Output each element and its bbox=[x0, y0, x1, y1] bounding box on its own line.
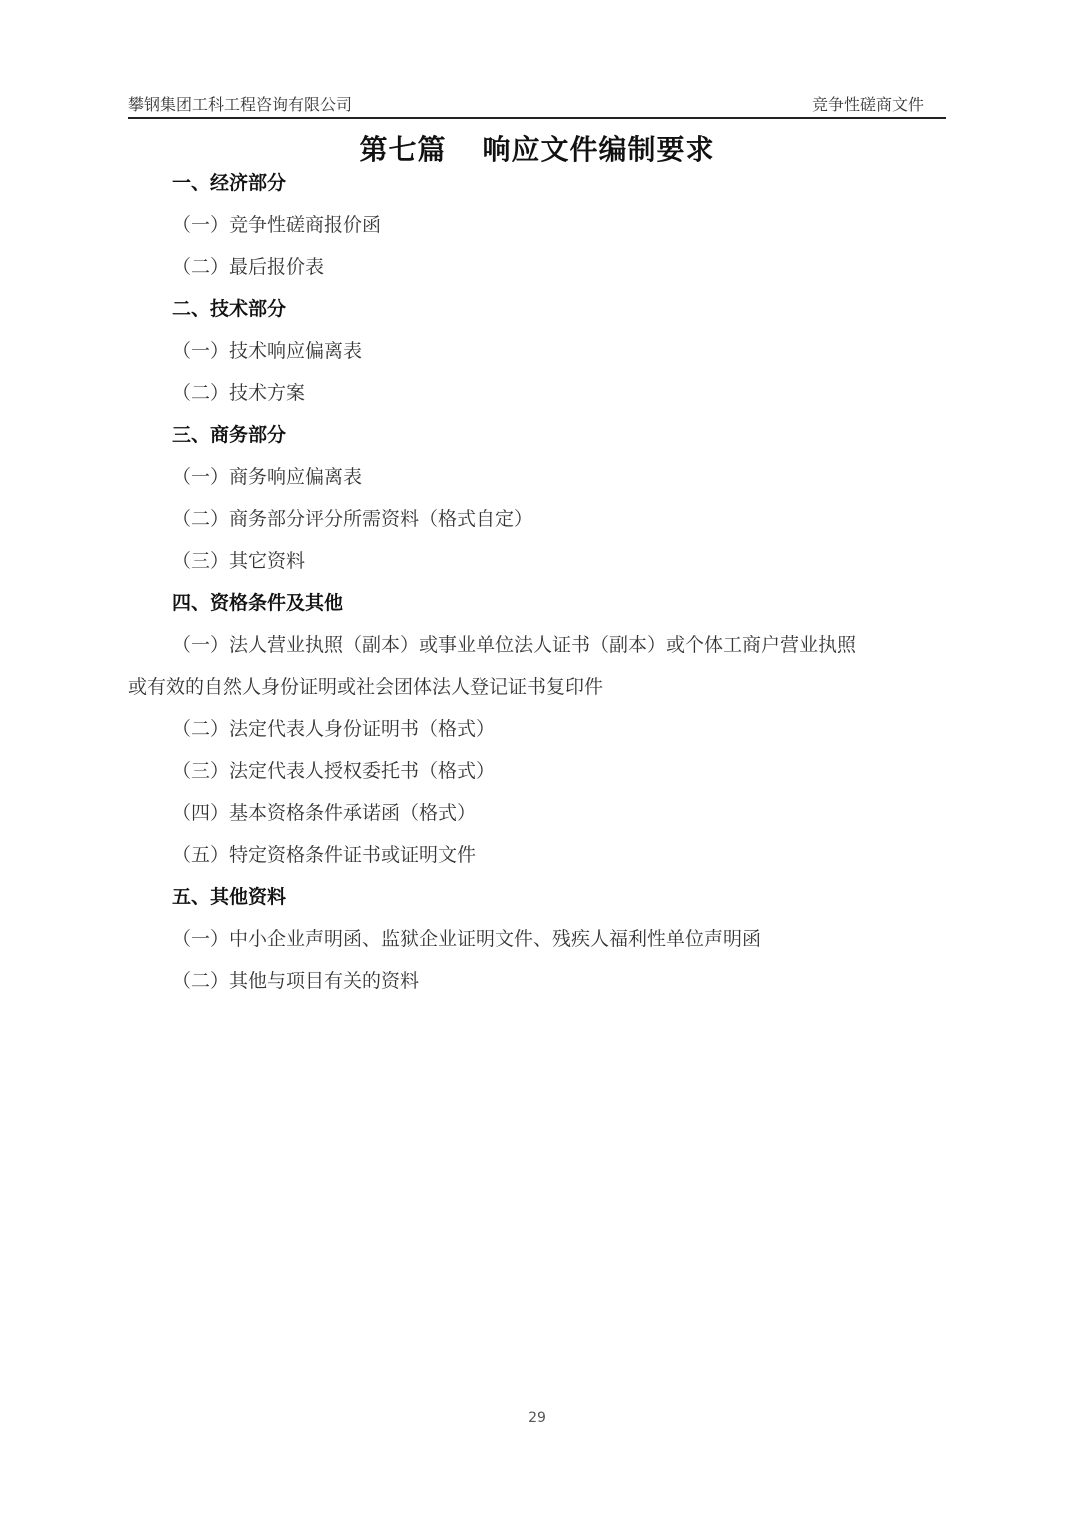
list-item: （五）特定资格条件证书或证明文件 bbox=[172, 840, 476, 867]
list-item: （二）商务部分评分所需资料（格式自定） bbox=[172, 504, 533, 531]
section-heading: 四、资格条件及其他 bbox=[172, 588, 343, 615]
section-heading: 二、技术部分 bbox=[172, 294, 286, 321]
section-heading: 三、商务部分 bbox=[172, 420, 286, 447]
header-doc-type: 竞争性磋商文件 bbox=[812, 92, 924, 115]
list-item: （四）基本资格条件承诺函（格式） bbox=[172, 798, 476, 825]
list-item: （一）技术响应偏离表 bbox=[172, 336, 362, 363]
list-item: （二）法定代表人身份证明书（格式） bbox=[172, 714, 495, 741]
list-item: （二）其他与项目有关的资料 bbox=[172, 966, 419, 993]
list-item-continuation: 或有效的自然人身份证明或社会团体法人登记证书复印件 bbox=[128, 672, 603, 699]
list-item: （一）法人营业执照（副本）或事业单位法人证书（副本）或个体工商户营业执照 bbox=[172, 630, 856, 657]
section-heading: 一、经济部分 bbox=[172, 168, 286, 195]
title-name: 响应文件编制要求 bbox=[483, 133, 715, 166]
list-item: （一）中小企业声明函、监狱企业证明文件、残疾人福利性单位声明函 bbox=[172, 924, 761, 951]
page-header: 攀钢集团工科工程咨询有限公司 竞争性磋商文件 bbox=[128, 90, 946, 119]
title-part: 第七篇 bbox=[359, 133, 446, 166]
list-item: （一）竞争性磋商报价函 bbox=[172, 210, 381, 237]
list-item: （三）其它资料 bbox=[172, 546, 305, 573]
list-item: （二）技术方案 bbox=[172, 378, 305, 405]
page-number: 29 bbox=[0, 1410, 1074, 1426]
list-item: （二）最后报价表 bbox=[172, 252, 324, 279]
section-heading: 五、其他资料 bbox=[172, 882, 286, 909]
header-company: 攀钢集团工科工程咨询有限公司 bbox=[128, 92, 352, 115]
page-title: 第七篇响应文件编制要求 bbox=[0, 128, 1074, 168]
list-item: （一）商务响应偏离表 bbox=[172, 462, 362, 489]
list-item: （三）法定代表人授权委托书（格式） bbox=[172, 756, 495, 783]
